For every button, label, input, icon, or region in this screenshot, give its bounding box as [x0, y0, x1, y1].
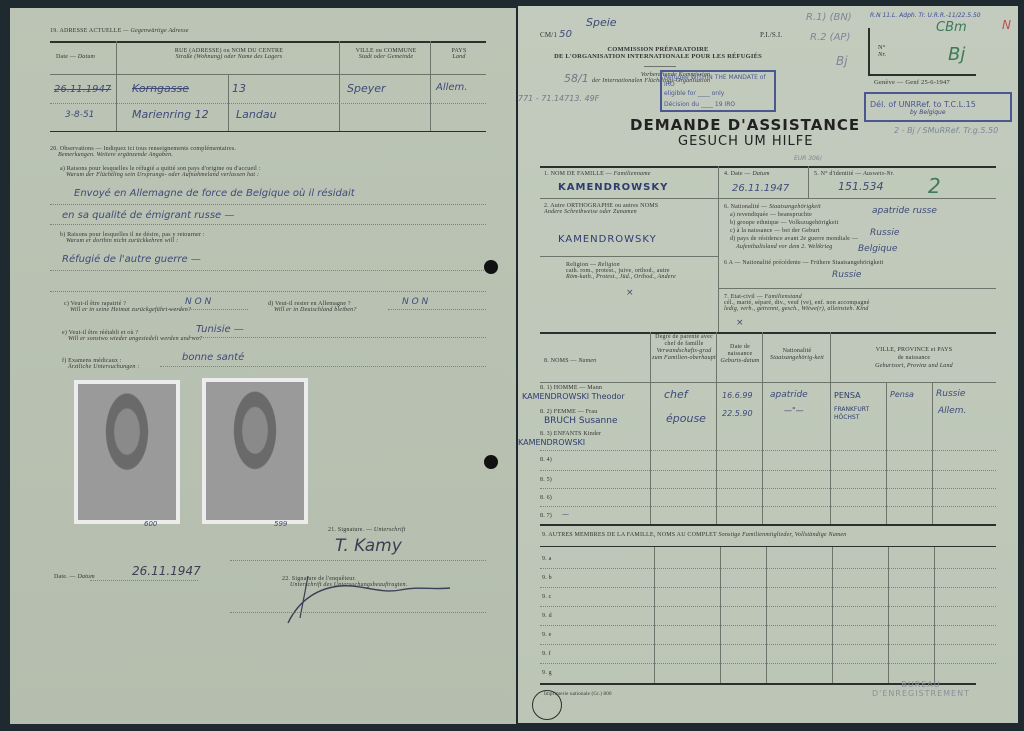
row-label-children: 8. 3) ENFANTS Kinder — [540, 431, 601, 437]
signature-line — [230, 612, 486, 613]
investigator-signature — [280, 568, 460, 628]
row-divider — [540, 625, 996, 626]
row-divider — [540, 450, 996, 451]
col-divider — [716, 332, 717, 524]
nationality-header-de: Staatsangehörig-keit — [764, 355, 830, 362]
portrait-image — [206, 382, 304, 520]
birthplace-header-fr: VILLE, PROVINCE et PAYS — [832, 346, 996, 354]
question-d-de: Will er in Deutschland bleiben? — [274, 307, 357, 313]
signature21-label-de: Unterschrift — [374, 527, 406, 533]
birth-nationality-label: c) à la naissance — bei der Geburt — [730, 227, 858, 235]
answer-line — [50, 204, 486, 205]
address-country: Allem. — [436, 82, 467, 93]
field-4-label: 4. Date — Datum — [724, 171, 770, 177]
row-label-9c: 9. c — [542, 594, 551, 600]
col-header-city-de: Stadt oder Gemeinde — [342, 54, 430, 60]
answer-line — [50, 224, 486, 225]
handwritten-note: EUR 306/ — [794, 155, 822, 162]
nr-label: Nr. — [878, 51, 886, 58]
row-label-9d: 9. d — [542, 613, 552, 619]
col-divider — [650, 332, 651, 524]
answer-line — [160, 366, 486, 367]
row-label-4: 8. 4) — [540, 457, 552, 463]
birthplace-header-fr-2: de naissance — [832, 354, 996, 362]
field-5-label: 5. N° d'identité — Ausweis-Nr. — [814, 171, 894, 177]
left-page: 19. ADRESSE ACTUELLE — Gegenwärtige Adre… — [10, 8, 516, 724]
col-header-dob: Date de naissance Geburts-datum — [718, 344, 762, 365]
row-label-6: 8. 6) — [540, 495, 552, 501]
row-divider — [540, 606, 996, 607]
field-7-civil-status: 7. Etat-civil — Familienstand cél., mari… — [724, 294, 870, 312]
col-header-names: 8. NOMS — Namen — [544, 358, 596, 364]
member-birth-city: PENSA — [834, 391, 861, 400]
surname-value: KAMENDROWSKY — [558, 182, 668, 193]
answer-line — [168, 309, 248, 310]
answer-line — [50, 270, 486, 271]
date-label-fr: Date. — — [54, 574, 77, 580]
photo-number: 599 — [274, 520, 287, 528]
form-code-label: CM/1 — [540, 31, 557, 39]
names-header-fr: 8. NOMS — — [544, 358, 578, 364]
portrait-image — [78, 384, 176, 520]
form-subtitle: GESUCH UM HILFE — [678, 134, 813, 149]
row-divider — [540, 663, 996, 664]
col-header-birthplace: VILLE, PROVINCE et PAYS de naissance Geb… — [832, 346, 996, 370]
row-divider — [540, 568, 996, 569]
member-birth-province: Pensa — [890, 390, 914, 399]
answer-d: N O N — [402, 297, 428, 307]
organization-name: COMMISSION PRÉPARATOIRE DE L'ORGANISATIO… — [538, 46, 778, 60]
table-bottom-rule — [50, 131, 486, 132]
col-header-nationality: Nationalité Staatsangehörig-keit — [764, 348, 830, 362]
handwritten-note: R.2 (AP) — [810, 32, 850, 43]
question-e-de: Will er sonstwo wieder angesiedelt werde… — [68, 336, 202, 342]
stamp-registration: D'ENREGISTREMENT — [872, 689, 970, 698]
no-label: N° — [878, 44, 886, 51]
civil-status-options-de: ledig, verh., getrennt, gesch., Witwe(r)… — [724, 306, 870, 312]
date-value: 26.11.1947 — [132, 564, 201, 578]
right-page: CM/1 50 Speie P.I./S.I. COMMISSION PRÉPA… — [518, 6, 1018, 723]
member-nationality: apatride — [770, 390, 808, 400]
relationship-header-de: Verwandschafts-grad zum Familien-oberhau… — [652, 348, 716, 362]
handwritten-reference: 771 - 71.14713. 49F — [518, 94, 599, 103]
section19-title-de: — Gegenwärtige Adresse — [123, 28, 188, 34]
number-box-border — [868, 28, 870, 74]
relationship-header-fr: Degré de parenté avec chef de famille — [652, 334, 716, 348]
row-label-9f: 9. f — [542, 651, 551, 657]
col-divider — [830, 332, 831, 524]
field-6-nationality: 6. Nationalité — Staatsangehörigkeit a) … — [724, 203, 858, 251]
row-divider — [540, 587, 996, 588]
nationality-label-fr: 6. Nationalité — — [724, 204, 769, 210]
religion-options-de: Röm-kath., Protest., Jüd., Orthod., Ande… — [566, 274, 676, 280]
date-label-fr: 4. Date — — [724, 171, 752, 177]
answer-b: Réfugié de l'autre guerre — — [62, 254, 201, 265]
row-label-9a: 9. a — [542, 556, 551, 562]
names-header-de: Namen — [578, 358, 596, 364]
registration-stamp: BUREAU D'ENREGISTREMENT — [872, 680, 970, 698]
pi-si-code: P.I./S.I. — [760, 31, 782, 39]
row-rule — [718, 288, 996, 289]
binding-hole — [484, 260, 498, 274]
section-rule — [540, 166, 996, 168]
surname-label-fr: 1. NOM DE FAMILLE — — [544, 171, 614, 177]
id-number: 151.534 — [838, 180, 884, 193]
member-nationality: —"— — [784, 406, 804, 415]
row-label-woman: 8. 2) FEMME — Frau — [540, 409, 597, 415]
question-b-de: Warum er dorthin nicht zurückkehren will… — [66, 238, 205, 244]
question-c-de: Will er in seine Heimat zurückgeführt we… — [70, 307, 191, 313]
birthplace-header-de: Geburtsort, Provinz und Land — [832, 362, 996, 370]
divider — [644, 66, 676, 67]
handwritten-file-number: 58/1 — [564, 72, 589, 85]
member-birth-country: Russie — [936, 389, 965, 399]
date-line — [90, 580, 198, 581]
number-label: N° Nr. — [878, 44, 886, 58]
col-header-date: Date — Datum — [56, 54, 116, 60]
binding-hole — [484, 455, 498, 469]
col-header-relationship: Degré de parenté avec chef de famille Ve… — [652, 334, 716, 362]
green-mark: 2 — [928, 174, 941, 198]
date-label-de: Datum — [752, 171, 769, 177]
section20-title-de: Bemerkungen. Weitere ergänzende Angaben. — [58, 152, 236, 158]
number-box-border — [868, 74, 976, 76]
table-bottom-rule — [540, 524, 996, 526]
stamp-line3: Décision du ____ 19 IRO — [664, 101, 772, 108]
applicant-signature: T. Kamy — [335, 536, 402, 556]
row-label-9g: 9. g — [542, 670, 552, 676]
address-city: Speyer — [347, 82, 386, 95]
row-divider — [540, 644, 996, 645]
col-header-street: RUE (ADRESSE) ou NOM DU CENTRE Straße (W… — [120, 48, 338, 60]
org-line1: COMMISSION PRÉPARATOIRE — [538, 46, 778, 53]
row-label-5: 8. 5) — [540, 477, 552, 483]
col-divider — [116, 41, 117, 131]
table-header-rule — [540, 382, 996, 383]
question-f-de: Ärztliche Untersuchungen : — [68, 364, 140, 370]
member-relationship: épouse — [666, 412, 706, 425]
geneva-date: Genève — Genf 25-6-1947 — [874, 79, 950, 86]
form-code-handwritten: 50 — [559, 29, 572, 40]
col-divider — [430, 41, 431, 131]
answer-c: N O N — [185, 297, 211, 307]
signature-line — [230, 560, 486, 561]
other-names-label-de: Andere Schreibweise oder Zunamen — [544, 209, 658, 215]
stamp-bureau: BUREAU — [872, 680, 970, 689]
row-label-man: 8. 1) HOMME — Mann — [540, 385, 602, 391]
handwritten-note: Bj — [836, 54, 848, 68]
circle-mark — [532, 690, 562, 720]
iro-mandate-stamp: Refugee WITHIN THE MANDATE of IRO eligib… — [660, 70, 776, 112]
row-rule — [540, 256, 718, 257]
section-rule — [540, 546, 996, 547]
section-rule — [540, 332, 996, 334]
previous-nationality-label: 6 A — Nationalité précédente — Frühere S… — [724, 260, 883, 266]
green-annotation: CBm — [936, 20, 967, 35]
signature21-label-fr: 21. Signature. — — [328, 527, 374, 533]
address-number: 13 — [232, 82, 246, 95]
handwritten-note: 2 - Bj / SMuRRef. Tr.g.5.50 — [894, 126, 998, 135]
col-header-country: PAYS Land — [432, 48, 486, 60]
delegation-text: Dél. of UNRRef. to T.C.L.15 — [870, 100, 1006, 109]
address-date: 3-8-51 — [65, 110, 94, 120]
question-c: c) Veut-il être rapatrié ? Will er in se… — [64, 301, 191, 313]
nationality-label-de: Staatsangehörigkeit — [769, 204, 821, 210]
member-name: KAMENDROWSKI — [518, 438, 585, 447]
member-birth-country: Allem. — [938, 406, 966, 416]
birth-nationality-value: Russie — [870, 228, 899, 238]
section20-heading: 20. Observations — Indiquez ici tous ren… — [50, 146, 236, 158]
previous-nationality-value: Russie — [832, 270, 861, 280]
date-label: Date. — Datum — [54, 574, 95, 580]
member-dob: 22.5.90 — [722, 409, 753, 418]
section9-heading: 9. AUTRES MEMBRES DE LA FAMILLE, NOMS AU… — [542, 532, 847, 538]
dob-header-fr: Date de naissance — [718, 344, 762, 358]
question-d: d) Veut-il rester en Allemagne ? Will er… — [268, 301, 357, 313]
form-title: DEMANDE D'ASSISTANCE — [630, 116, 860, 134]
answer-line — [190, 337, 486, 338]
col-header-date-fr: Date — — [56, 54, 78, 60]
nationality-claimed-value: apatride russe — [872, 206, 937, 216]
other-names-value: KAMENDROWSKY — [558, 234, 657, 245]
id-label-de: Ausweis-Nr. — [863, 171, 894, 177]
answer-a-line1: Envoyé en Allemagne de force de Belgique… — [74, 188, 355, 199]
question-b: b) Raisons pour lesquelles il ne désire,… — [60, 232, 205, 244]
answer-e: Tunisie — — [196, 324, 244, 335]
field-2-label: 2. Autre ORTHOGRAPHE ou autres NOMS Ande… — [544, 203, 658, 215]
member-name: KAMENDROWSKI Theodor — [522, 392, 625, 401]
section19-title: 19. ADRESSE ACTUELLE — [50, 28, 122, 34]
col-header-country-de: Land — [432, 54, 486, 60]
section9-title-de: Sonstige Familienmitglieder, Vollständig… — [718, 532, 846, 538]
red-annotation: N — [1002, 18, 1011, 32]
col-divider — [718, 166, 719, 334]
col-header-city: VILLE ou COMMUNE Stadt oder Gemeinde — [342, 48, 430, 60]
question-a: a) Raisons pour lesquelles le réfugié a … — [60, 166, 261, 178]
id-label-fr: 5. N° d'identité — — [814, 171, 863, 177]
member-relationship: chef — [664, 388, 688, 401]
handwritten-note: R.1) (BN) — [806, 12, 852, 23]
col-divider — [762, 332, 763, 524]
col-divider — [339, 41, 340, 131]
answer-a-line2: en sa qualité de émigrant russe — — [62, 210, 234, 221]
col-divider — [808, 166, 809, 198]
man-photo — [202, 378, 308, 524]
question-f: f) Examens médicaux : Ärztliche Untersuc… — [62, 358, 140, 370]
prewar-residence-value: Belgique — [858, 244, 897, 254]
row7-dash: — — [562, 510, 569, 518]
col-header-date-de: Datum — [78, 54, 95, 60]
signature21-label: 21. Signature. — Unterschrift — [328, 527, 406, 533]
section9-title: 9. AUTRES MEMBRES DE LA FAMILLE, NOMS AU… — [542, 532, 717, 538]
section19-heading: 19. ADRESSE ACTUELLE — Gegenwärtige Adre… — [50, 28, 189, 34]
member-birth-city: FRANKFURT HÖCHST — [834, 406, 886, 422]
field-1-label: 1. NOM DE FAMILLE — Familienname — [544, 171, 651, 177]
form-code: CM/1 50 — [540, 29, 572, 40]
religion-mark: × — [626, 288, 634, 298]
member-dob: 16.6.99 — [722, 391, 753, 400]
woman-photo — [74, 380, 180, 524]
dob-header-de: Geburts-datum — [718, 358, 762, 365]
nationality-claimed-label: a) revendiquée — beanspruchte — [730, 211, 858, 219]
delegation-subtext: by Belgique — [910, 109, 1006, 116]
answer-f: bonne santé — [182, 352, 244, 363]
surname-label-de: Familienname — [614, 171, 651, 177]
row-divider — [540, 488, 996, 489]
row-label-7: 8. 7) — [540, 513, 552, 519]
civil-status-mark: × — [736, 318, 744, 328]
org-line2: DE L'ORGANISATION INTERNATIONALE POUR LE… — [538, 53, 778, 60]
prewar-residence-label-de: Aufenthaltsland vor dem 2. Weltkrieg — [736, 243, 858, 251]
field-3-religion: Religion — Religion cath. rom., protest.… — [566, 262, 676, 280]
row-label-9e: 9. e — [542, 632, 551, 638]
address-date: 26.11.1947 — [54, 84, 111, 95]
col-divider — [886, 382, 887, 524]
ethnic-group-label: b) groupe ethnique — Volkszugehörigkeit — [730, 219, 858, 227]
prewar-residence-label: d) pays de résidence avant 2e guerre mon… — [730, 235, 858, 243]
question-a-de: Warum der Flüchtling sein Ursprungs- ode… — [66, 172, 261, 178]
member-name: BRUCH Susanne — [544, 416, 618, 426]
handwritten-note: Speie — [586, 16, 617, 29]
handwritten-reference: R.N 11.L. Adph. Tr. U.R.R.-11/22.5.50 — [870, 12, 981, 19]
stamp-line1: Refugee WITHIN THE MANDATE of IRO — [664, 74, 772, 88]
number-value: Bj — [948, 44, 965, 65]
col-divider — [932, 382, 933, 524]
row-divider — [540, 506, 996, 507]
nationality-header-fr: Nationalité — [764, 348, 830, 355]
answer-line — [388, 309, 486, 310]
row-label-9b: 9. b — [542, 575, 552, 581]
application-date: 26.11.1947 — [732, 183, 789, 194]
row-rule — [540, 198, 996, 199]
row-divider — [540, 470, 996, 471]
col-header-street-de: Straße (Wohnung) oder Name des Lagers — [120, 54, 338, 60]
stamp-line2: eligible for ____ only — [664, 90, 772, 97]
row-divider — [50, 103, 486, 104]
address-number: Landau — [236, 108, 277, 121]
question-e: e) Veut-il être réétabli et où ? Will er… — [62, 330, 202, 342]
photo-number: 600 — [144, 520, 157, 528]
delegation-box: Dél. of UNRRef. to T.C.L.15 by Belgique — [864, 92, 1012, 122]
answer-line — [50, 291, 486, 292]
address-street: Korngasse — [132, 82, 189, 95]
address-street: Marienring 12 — [132, 108, 209, 121]
